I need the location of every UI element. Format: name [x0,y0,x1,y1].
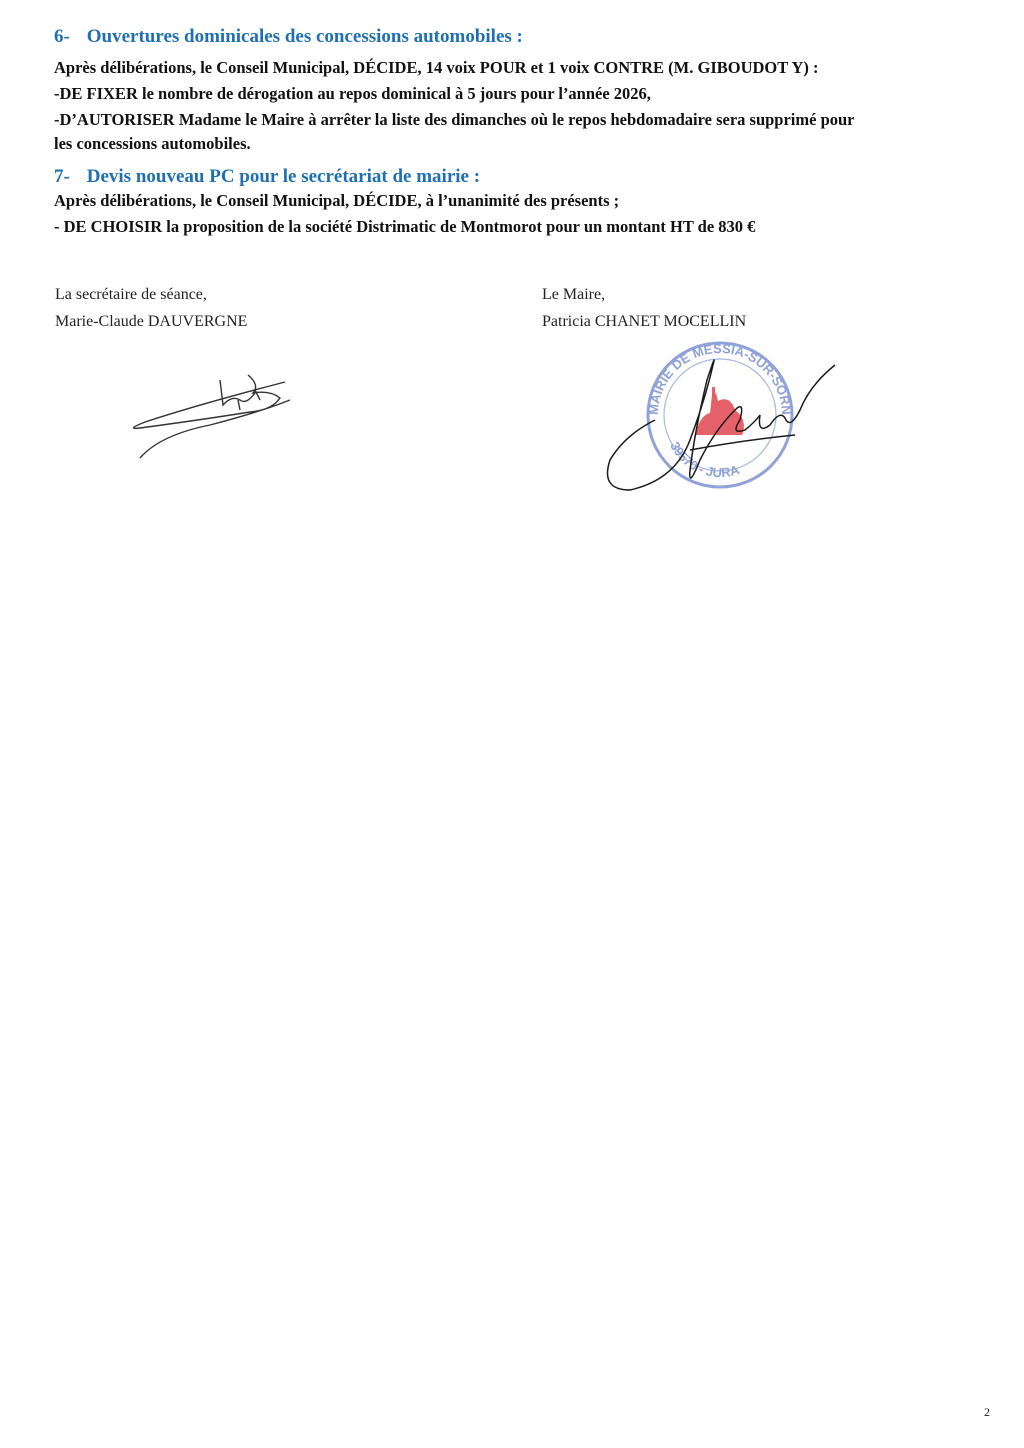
section-6-title: Ouvertures dominicales des concessions a… [87,26,523,47]
mayor-name: Patricia CHANET MOCELLIN [542,308,746,335]
section-6-line-2: -DE FIXER le nombre de dérogation au rep… [54,84,651,104]
mayor-role: Le Maire, [542,281,746,308]
secretary-role: La secrétaire de séance, [55,281,247,308]
section-6-heading: 6- Ouvertures dominicales des concession… [54,26,523,48]
section-7-line-1: Après délibérations, le Conseil Municipa… [54,191,619,211]
mayor-block: Le Maire, Patricia CHANET MOCELLIN [542,281,746,335]
section-7-number: 7- [54,166,82,188]
section-6-line-4: les concessions automobiles. [54,134,251,154]
page-number: 2 [984,1405,990,1420]
mayor-signature [595,340,855,510]
secretary-block: La secrétaire de séance, Marie-Claude DA… [55,281,247,335]
secretary-name: Marie-Claude DAUVERGNE [55,308,247,335]
section-7-title: Devis nouveau PC pour le secrétariat de … [87,166,480,187]
section-6-number: 6- [54,26,82,48]
section-7-heading: 7- Devis nouveau PC pour le secrétariat … [54,166,480,188]
secretary-signature [120,360,310,470]
section-6-line-3: -D’AUTORISER Madame le Maire à arrêter l… [54,110,855,130]
section-7-line-2: - DE CHOISIR la proposition de la sociét… [54,217,755,237]
section-6-line-1: Après délibérations, le Conseil Municipa… [54,58,819,78]
